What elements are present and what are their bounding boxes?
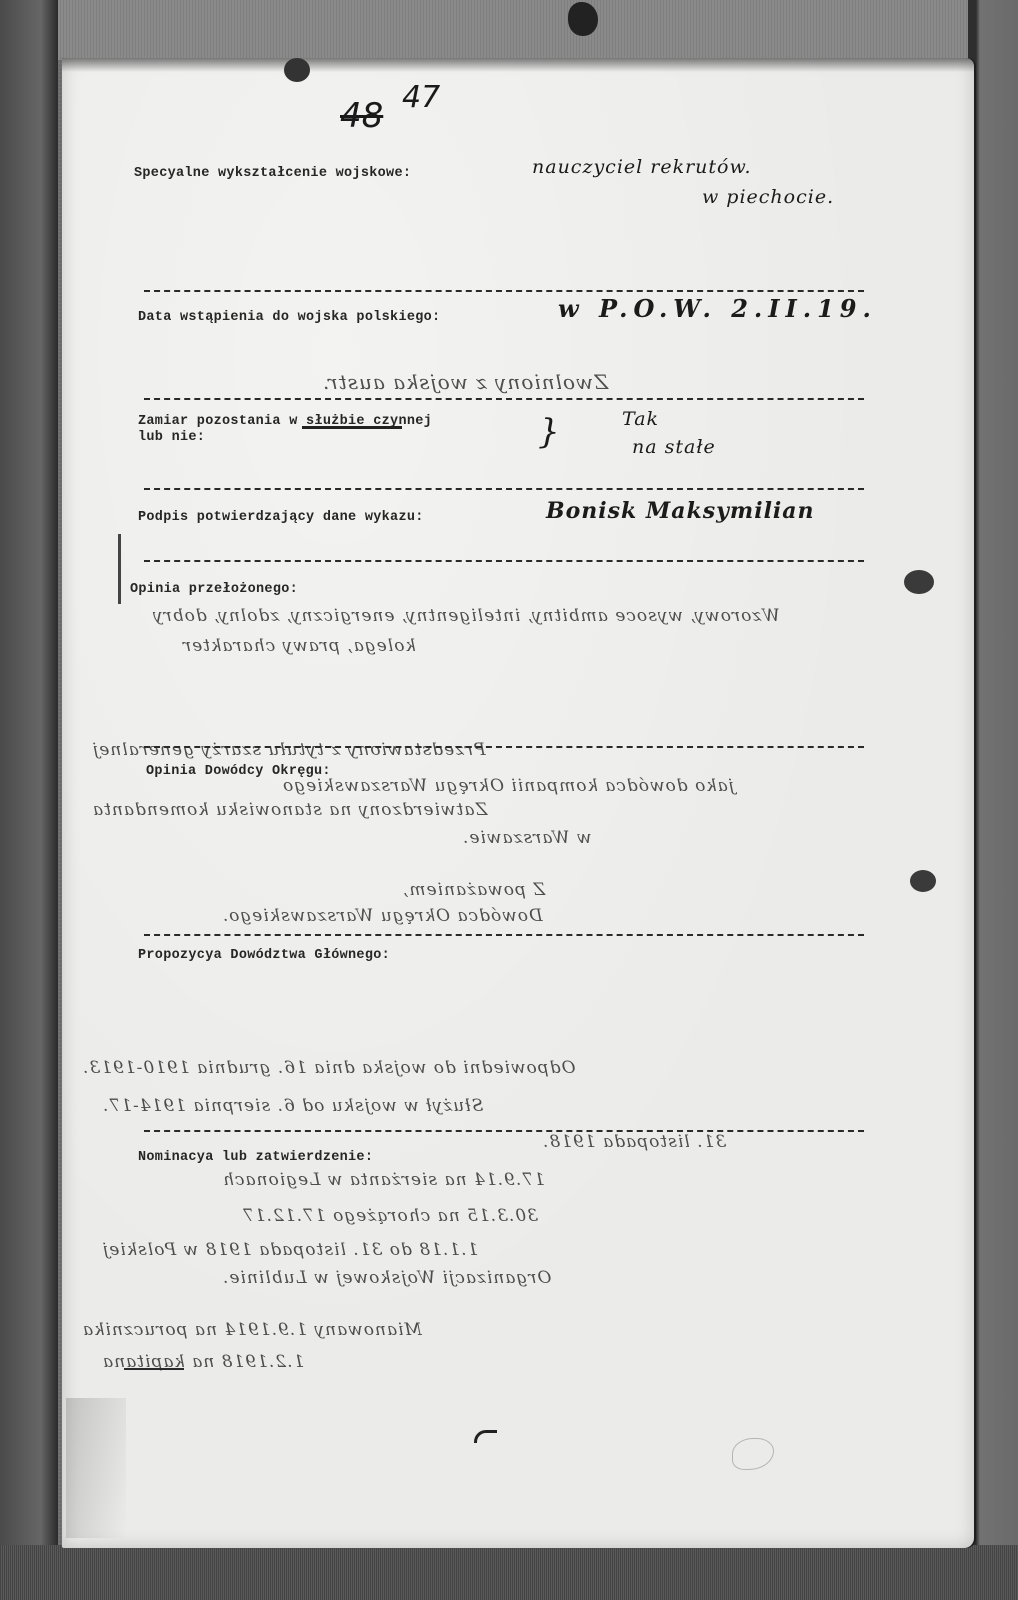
bleed-through-nomination-line4: Organizacji Wojskowej w Lublinie. <box>222 1268 551 1288</box>
bleed-through-nomination-line3: 1.1.18 do 31. listopada 1918 w Polskiej <box>102 1240 478 1260</box>
handwritten-military-education-line2: w piechocie. <box>702 186 834 208</box>
field-label-military-education: Specyalne wykształcenie wojskowe: <box>134 166 411 182</box>
signature: Bonisk Maksymilian <box>546 498 815 524</box>
ink-mark <box>474 1430 497 1443</box>
divider <box>144 560 864 562</box>
punched-hole <box>910 870 936 892</box>
bleed-through-superior-opinion-line2: kolega, prawy charakter <box>182 636 416 656</box>
brace: } <box>538 412 561 452</box>
scan-background-right <box>968 0 1018 1600</box>
scan-background-top <box>0 0 1018 60</box>
sheet-top-edge <box>62 58 974 72</box>
typed-strikeover <box>302 426 402 429</box>
field-label-enlistment-date: Data wstąpienia do wojska polskiego: <box>138 310 440 326</box>
divider <box>144 1130 864 1132</box>
handwritten-service-intention-line2: na stałe <box>632 436 716 458</box>
field-label-service-intention: Zamiar pozostania w służbie czynnej lub … <box>138 414 432 446</box>
document-sheet: 48 47 Specyalne wykształcenie wojskowe: … <box>62 58 974 1548</box>
bleed-through-nomination-line2: 30.3.15 na chorążego 17.12.17 <box>242 1206 538 1226</box>
ink-blot <box>568 2 598 36</box>
field-label-superior-opinion: Opinia przełożonego: <box>130 582 298 598</box>
divider <box>144 398 864 400</box>
page-number: 47 <box>402 80 440 115</box>
bleed-through-district-opinion-line2: jako dowódca kompanii Okręgu Warszawskie… <box>282 776 734 796</box>
faint-mark <box>732 1438 774 1470</box>
bleed-through-district-opinion-line6: Dowódca Okręgu Warszawskiego. <box>222 906 543 926</box>
bleed-through-proposal-line2: Służył w wojsku od 6. sierpnia 1914-17. <box>102 1096 483 1116</box>
bleed-through-proposal-line1: Odpowiedni do wojska dnia 16. grudnia 19… <box>82 1058 576 1078</box>
handwritten-military-education-line1: nauczyciel rekrutów. <box>532 156 752 178</box>
handwritten-service-intention-line1: Tak <box>622 408 659 430</box>
bleed-through-nomination-line1: 17.9.14 na sierżanta w Legionach <box>222 1170 545 1190</box>
ink-spot <box>284 58 310 82</box>
field-label-main-command-proposal: Propozycya Dowództwa Głównego: <box>138 948 390 964</box>
bleed-through-district-opinion-line5: Z poważaniem, <box>402 880 545 900</box>
handwritten-enlistment-date: w P.O.W. 2.II.19. <box>558 294 877 323</box>
punched-hole <box>904 570 934 594</box>
scan-background-left <box>0 0 58 1600</box>
stain <box>66 1398 126 1538</box>
field-label-nomination: Nominacya lub zatwierdzenie: <box>138 1150 373 1166</box>
bleed-through-superior-opinion-line1: Wzorowy, wysoce ambitny, inteligentny, e… <box>152 606 780 626</box>
underline-stroke <box>124 1368 184 1370</box>
bleed-through-nomination-line5: Mianowany 1.9.1914 na porucznika <box>82 1320 422 1340</box>
divider <box>144 290 864 292</box>
divider <box>144 488 864 490</box>
field-label-signature: Podpis potwierdzający dane wykazu: <box>138 510 424 526</box>
margin-mark <box>118 534 121 604</box>
bleed-through-proposal-line3: 31. listopada 1918. <box>542 1132 726 1152</box>
bleed-through-district-opinion-line1: Przedstawiony z tytułu szarży generalnej <box>92 740 486 760</box>
bleed-through-handwriting: Zwolniony z wojska austr. <box>322 370 608 394</box>
page-number-crossed-out: 48 <box>340 96 383 136</box>
bleed-through-district-opinion-line4: w Warszawie. <box>462 828 591 848</box>
scan-background-bottom <box>0 1545 1018 1600</box>
bleed-through-district-opinion-line3: Zatwierdzony na stanowisku komendanta <box>92 800 487 820</box>
divider <box>144 934 864 936</box>
